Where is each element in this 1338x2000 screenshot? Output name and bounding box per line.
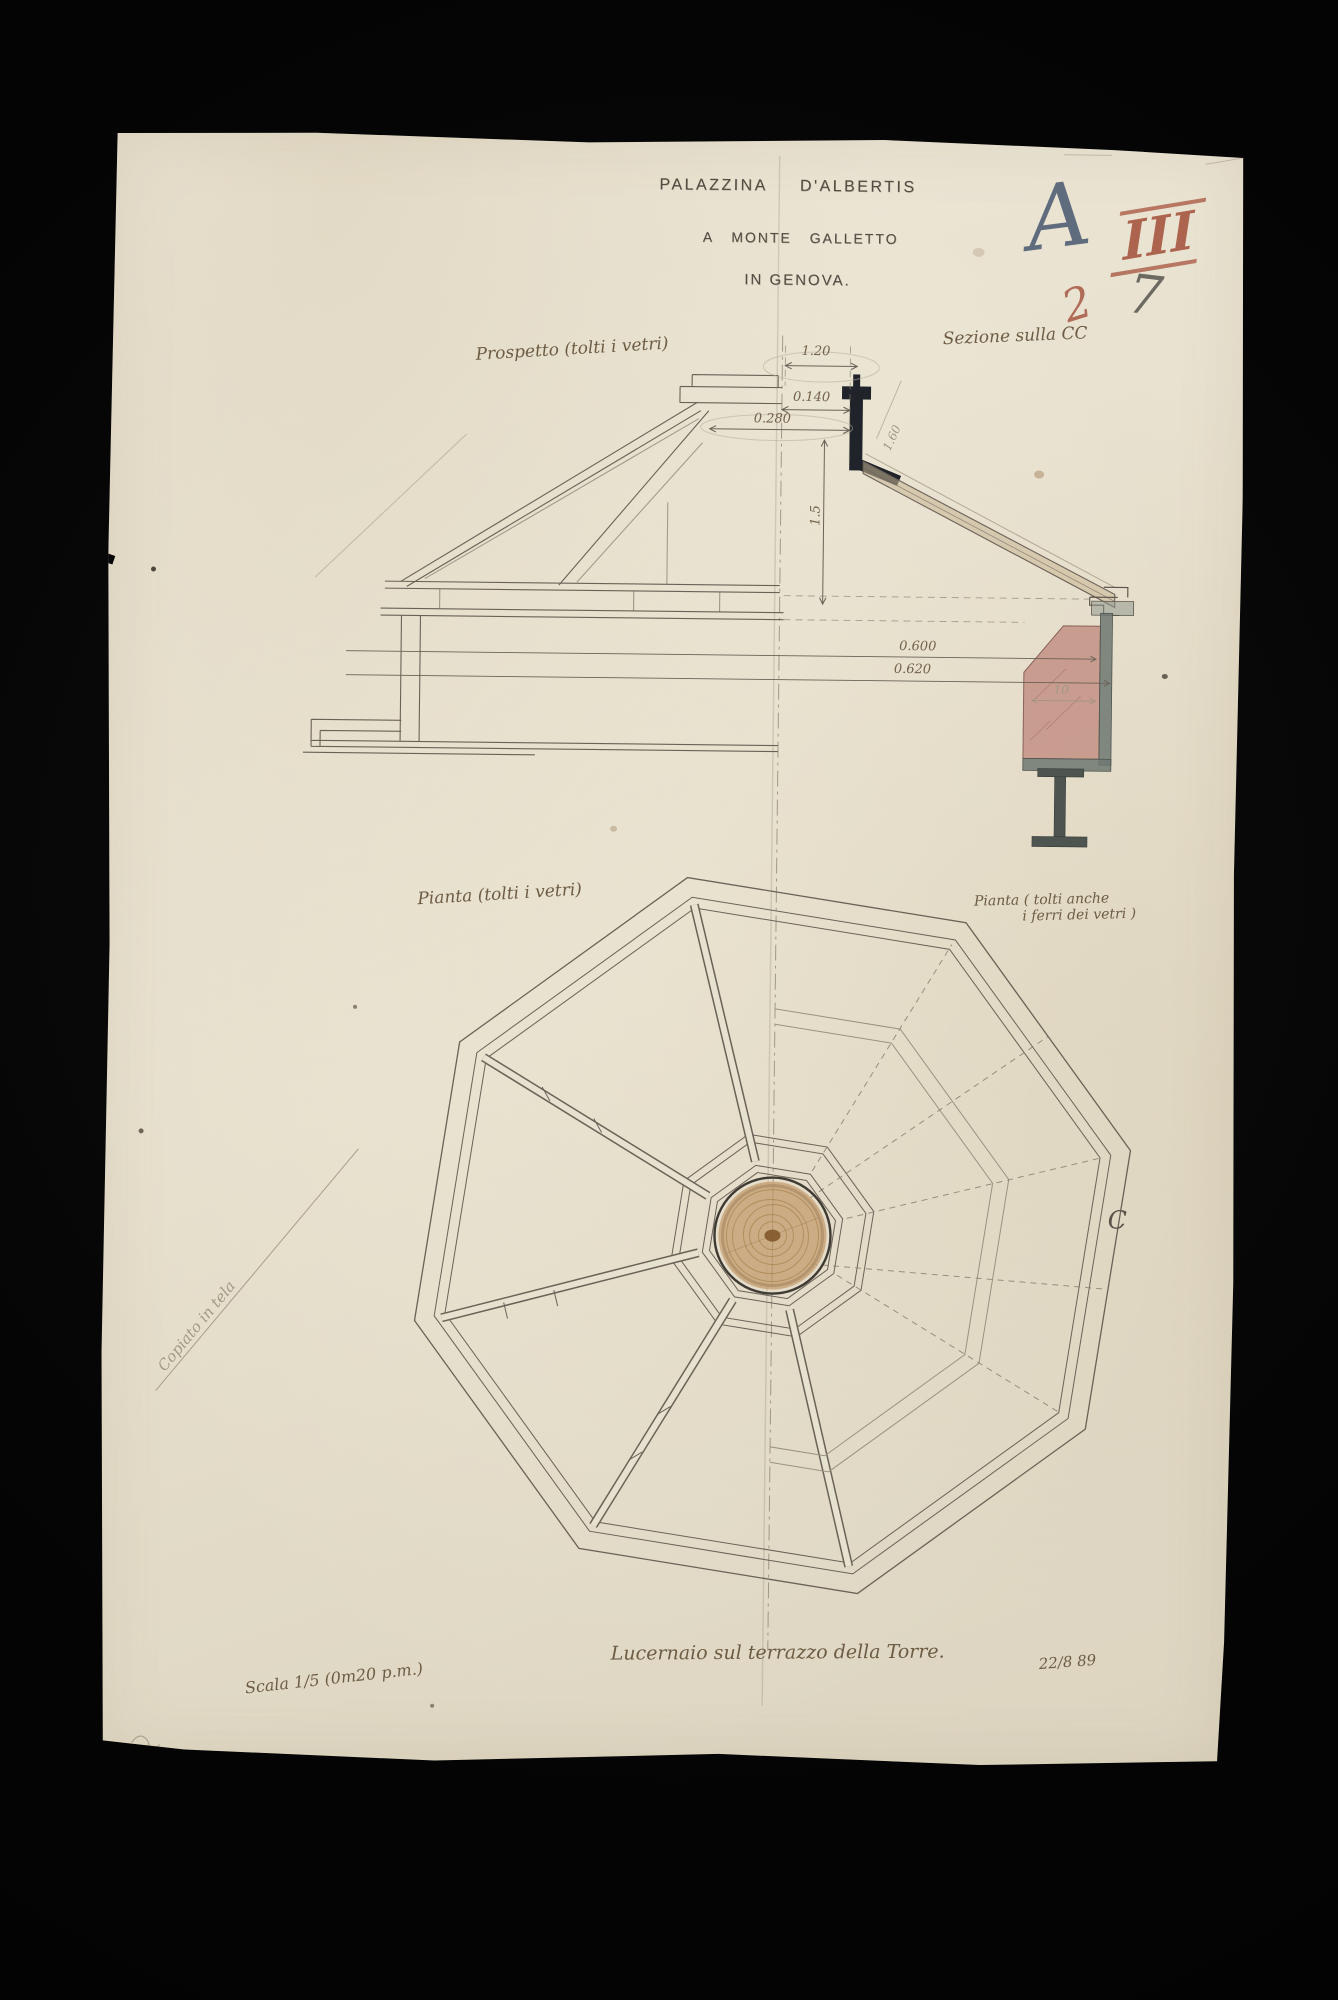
dim-upper-width: 0.140 (793, 390, 830, 405)
photo-background: PALAZZINA D'ALBERTIS A MONTE GALLETTO IN… (0, 0, 1338, 2000)
plan-hub (702, 1165, 844, 1307)
technical-drawing (93, 128, 1247, 1773)
title-stamp-line2: A MONTE GALLETTO (703, 229, 899, 247)
dim-cornice-b: 0.620 (894, 662, 931, 677)
masonry-block (1023, 600, 1134, 771)
eaves-band (380, 581, 783, 620)
dim-lower-width: 0.280 (754, 411, 791, 426)
roof-slope-lines (401, 399, 709, 589)
title-stamp-line3: IN GENOVA. (744, 271, 851, 289)
dim-cornice-a: 0.600 (899, 639, 936, 654)
iron-plate (1099, 613, 1113, 765)
diagonal-pencil-line (156, 1147, 359, 1393)
roof-struts (425, 416, 703, 585)
archival-pencil-number: 7 (1125, 262, 1166, 329)
construction-dashes (782, 346, 1092, 623)
section-drawing (780, 346, 1137, 848)
dim-top-width: 1.20 (801, 344, 830, 359)
dim-height: 1.5 (808, 505, 823, 526)
foxing-spot (151, 566, 156, 571)
foxing-spot (430, 1704, 434, 1708)
foxing-spot (1034, 470, 1044, 478)
plan-drawing (411, 875, 1133, 1597)
dim-masonry-pencil: 10 (1054, 683, 1069, 697)
apex-curb (680, 374, 782, 403)
drum-wall (400, 615, 420, 741)
dimension-lines (346, 361, 1114, 684)
base-steps (303, 719, 778, 757)
foxing-spot (353, 1005, 357, 1009)
title-stamp-line1: PALAZZINA D'ALBERTIS (659, 176, 916, 197)
foxing-spot (139, 1128, 144, 1133)
elevation-drawing (303, 370, 786, 757)
drawing-caption: Lucernaio sul terrazzo della Torre. (611, 1641, 945, 1665)
top-pencil-dashes (1064, 155, 1244, 165)
i-beam (1032, 768, 1088, 847)
rafter-pencil-line (864, 454, 1116, 588)
plan-right-label: Pianta ( tolti anche i ferri dei vetri ) (974, 890, 1137, 926)
foxing-spot (1162, 674, 1168, 679)
section-letter-c: C (1108, 1205, 1127, 1234)
frieze-ticks (440, 589, 720, 612)
edge-tear (605, 1757, 622, 1765)
foxing-spot (973, 248, 985, 257)
corner-scribble (132, 1736, 160, 1751)
pencil-sketch-line (315, 432, 467, 579)
foxing-spot (610, 826, 617, 832)
drawing-sheet: PALAZZINA D'ALBERTIS A MONTE GALLETTO IN… (93, 128, 1247, 1773)
archival-letter-mark: A (1020, 161, 1096, 271)
